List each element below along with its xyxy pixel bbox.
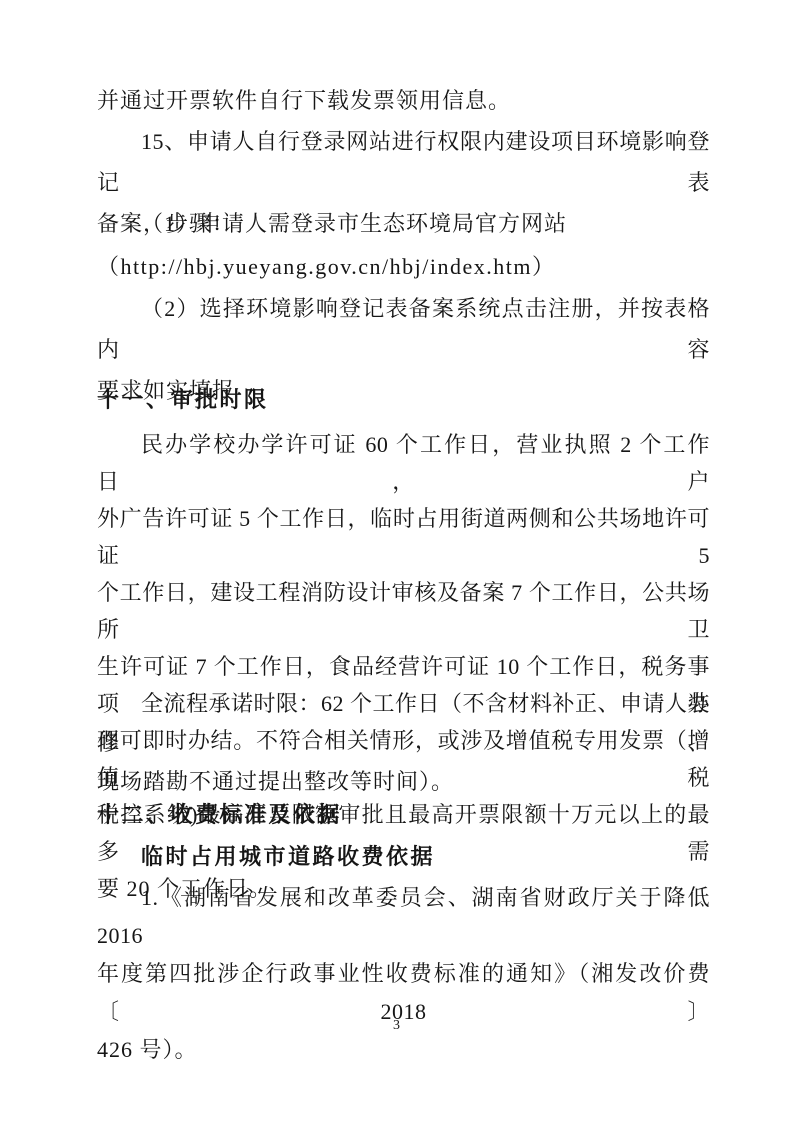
subsection-heading-text: 临时占用城市道路收费依据 — [97, 836, 710, 877]
subsection-heading-road-fee-basis: 临时占用城市道路收费依据 — [97, 836, 710, 877]
paragraph-line: 15、申请人自行登录网站进行权限内建设项目环境影响登记表 — [97, 121, 710, 203]
url-text: （http://hbj.yueyang.gov.cn/hbj/index.htm… — [97, 246, 710, 287]
paragraph-line: 个工作日，建设工程消防设计审核及备案 7 个工作日，公共场所卫 — [97, 574, 710, 648]
paragraph-line: 1.《湖南省发展和改革委员会、湖南省财政厅关于降低 2016 — [97, 879, 710, 955]
paragraph-line: 426 号）。 — [97, 1031, 710, 1069]
section-heading-11: 十一、审批时限 — [97, 379, 710, 420]
paragraph-line: （1）申请人需登录市生态环境局官方网站 — [97, 203, 710, 244]
section-heading-text: 十二、收费标准及依据 — [97, 794, 710, 835]
paragraph-line: （2）选择环境影响登记表备案系统点击注册，并按表格内容 — [97, 288, 710, 370]
document-page: 并通过开票软件自行下载发票领用信息。 15、申请人自行登录网站进行权限内建设项目… — [0, 0, 793, 1122]
section-heading-text: 十一、审批时限 — [97, 379, 710, 420]
paragraph-line: 全流程承诺时限：62 个工作日（不含材料补正、申请人装修、 — [97, 684, 710, 762]
paragraph-invoice-tail: 并通过开票软件自行下载发票领用信息。 — [97, 80, 710, 121]
paragraph-line: 民办学校办学许可证 60 个工作日，营业执照 2 个工作日，户 — [97, 426, 710, 500]
website-url-line: （http://hbj.yueyang.gov.cn/hbj/index.htm… — [97, 246, 710, 287]
paragraph-step-1: （1）申请人需登录市生态环境局官方网站 — [97, 203, 710, 244]
paragraph-total-commitment-time: 全流程承诺时限：62 个工作日（不含材料补正、申请人装修、 现场踏勘不通过提出整… — [97, 684, 710, 801]
page-number: 3 — [0, 1016, 793, 1036]
section-heading-12: 十二、收费标准及依据 — [97, 794, 710, 835]
paragraph-line: 外广告许可证 5 个工作日，临时占用街道两侧和公共场地许可证 5 — [97, 500, 710, 574]
paragraph-line: 并通过开票软件自行下载发票领用信息。 — [97, 80, 710, 121]
paragraph-fee-basis-item-1: 1.《湖南省发展和改革委员会、湖南省财政厅关于降低 2016 年度第四批涉企行政… — [97, 879, 710, 1069]
